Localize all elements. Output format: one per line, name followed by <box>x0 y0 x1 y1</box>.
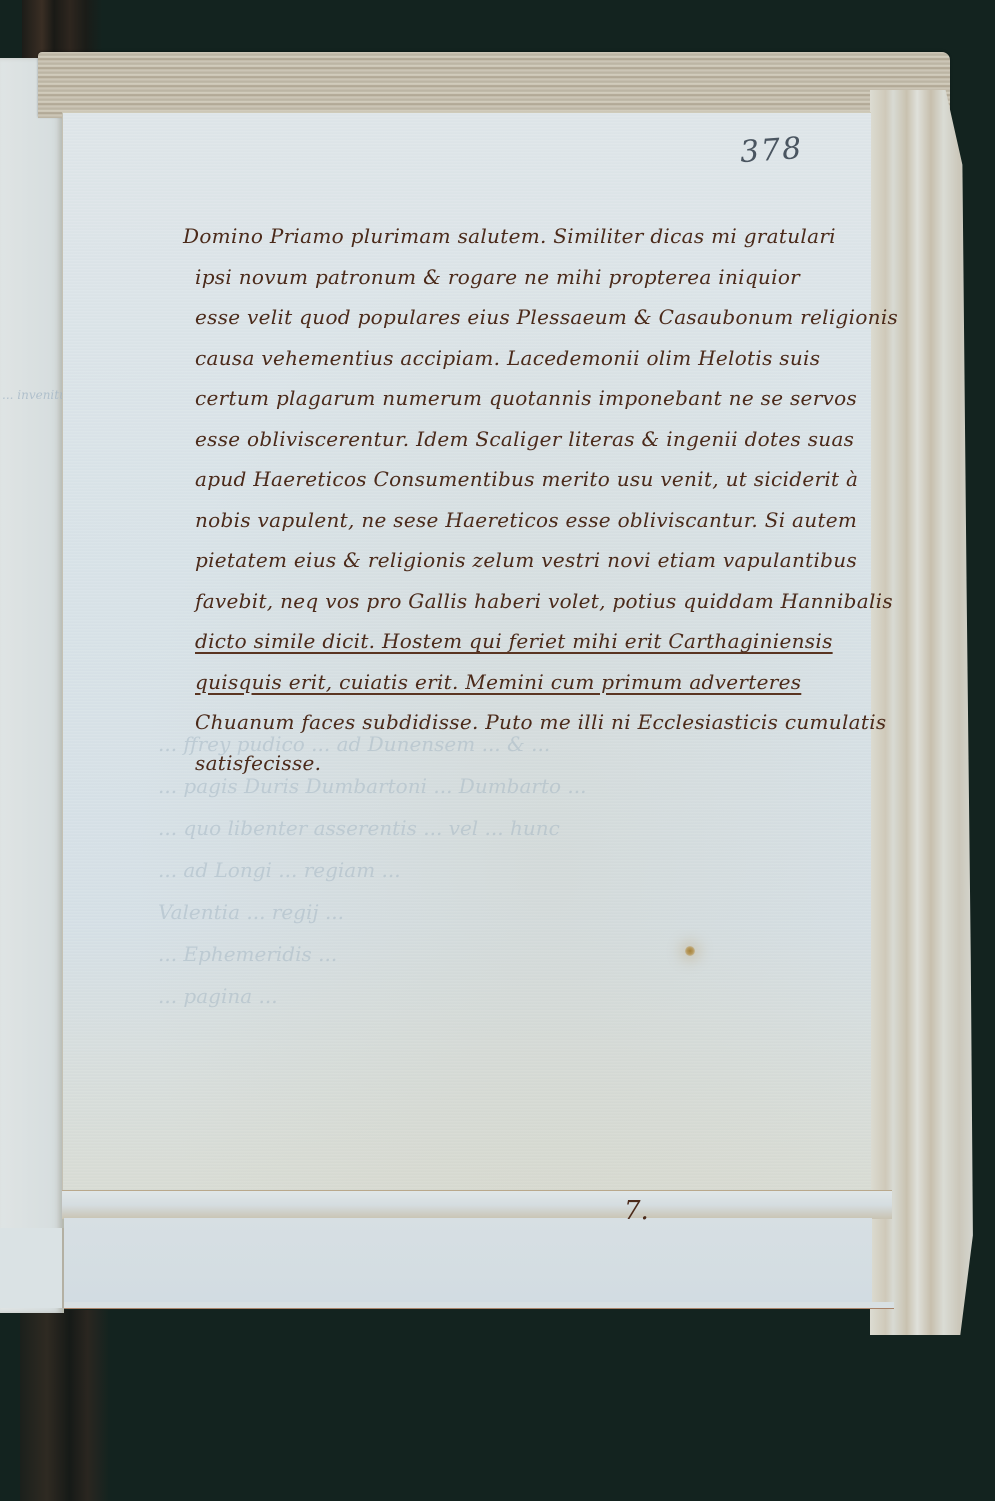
text-line-underlined: dicto simile dicit. Hostem qui feriet mi… <box>195 626 873 667</box>
bleed-line: ... pagis Duris Dumbartoni ... Dumbarto … <box>158 765 858 807</box>
facing-page-lower-edge <box>0 1228 64 1308</box>
bleed-line: Valentia ... regij ... <box>158 891 858 933</box>
book-spine-top <box>22 0 102 60</box>
lower-leaf: 7. <box>64 1218 872 1305</box>
text-line: Domino Priamo plurimam salutem. Similite… <box>183 221 873 262</box>
text-line: esse obliviscerentur. Idem Scaliger lite… <box>195 424 873 465</box>
text-line: favebit, neq vos pro Gallis haberi volet… <box>195 586 873 627</box>
folio-number: 378 <box>739 131 805 170</box>
text-line: pietatem eius & religionis zelum vestri … <box>195 545 873 586</box>
text-line: esse velit quod populares eius Plessaeum… <box>195 302 873 343</box>
ink-stain <box>685 946 695 956</box>
facing-page-edge: ... invenitur regulis aequis ... <box>0 58 64 1313</box>
lower-leaf-fold <box>62 1190 892 1219</box>
bleed-line: ... ad Longi ... regiam ... <box>158 849 858 891</box>
text-line: causa vehementius accipiam. Lacedemonii … <box>195 343 873 384</box>
text-line: certum plagarum numerum quotannis impone… <box>195 383 873 424</box>
bleed-line: ... pagina ... <box>158 975 858 1017</box>
text-line: nobis vapulent, ne sese Haereticos esse … <box>195 505 873 546</box>
letter-body: Domino Priamo plurimam salutem. Similite… <box>183 221 873 788</box>
text-line-underlined: quisquis erit, cuiatis erit. Memini cum … <box>195 667 873 708</box>
text-line: ipsi novum patronum & rogare ne mihi pro… <box>195 262 873 303</box>
page-stack-bottom-edge <box>64 1302 894 1309</box>
bleed-through-text: ... ffrey pudico ... ad Dunensem ... & .… <box>158 723 858 1017</box>
bleed-line: ... ffrey pudico ... ad Dunensem ... & .… <box>158 723 858 765</box>
page-stack-top-edge <box>38 52 950 118</box>
bleed-line: ... quo libenter asserentis ... vel ... … <box>158 807 858 849</box>
manuscript-scan: ... invenitur regulis aequis ... 378 Dom… <box>0 0 995 1501</box>
text-line: apud Haereticos Consumentibus merito usu… <box>195 464 873 505</box>
lower-leaf-mark: 7. <box>624 1196 649 1226</box>
book-spine-bottom <box>20 1310 110 1501</box>
bleed-line: ... Ephemeridis ... <box>158 933 858 975</box>
manuscript-page: 378 Domino Priamo plurimam salutem. Simi… <box>62 112 871 1195</box>
